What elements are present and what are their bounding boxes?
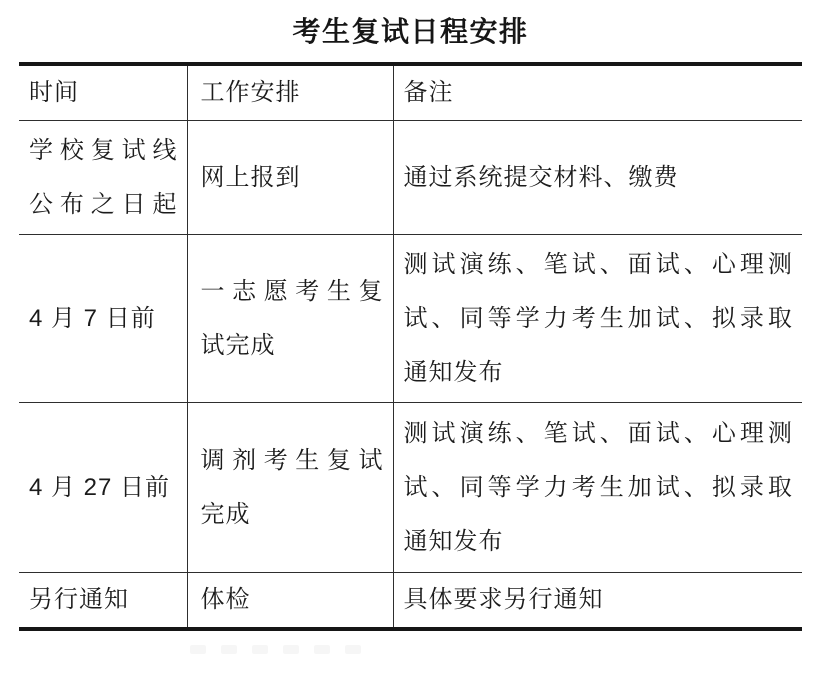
cell-text-line: 调剂考生复试 bbox=[201, 434, 383, 488]
cell-note: 具体要求另行通知 bbox=[393, 573, 802, 630]
cell-text-line: 测试演练、笔试、面试、心理测 bbox=[404, 407, 793, 461]
table-row: 4 月 7 日前 一志愿考生复 试完成 测试演练、笔试、面试、心理测 试、同等学… bbox=[19, 235, 802, 403]
cell-text-line: 另行通知 bbox=[29, 573, 177, 627]
cell-text-line: 公布之日起 bbox=[29, 178, 177, 232]
cell-text-line: 测试演练、笔试、面试、心理测 bbox=[404, 238, 793, 292]
header-cell-time: 时间 bbox=[19, 64, 187, 121]
cell-note: 测试演练、笔试、面试、心理测 试、同等学力考生加试、拟录取 通知发布 bbox=[393, 235, 802, 403]
table-header-row: 时间 工作安排 备注 bbox=[19, 64, 802, 121]
cell-text-line: 试、同等学力考生加试、拟录取 bbox=[404, 292, 793, 346]
cell-work: 网上报到 bbox=[187, 121, 393, 235]
cell-text-line: 通过系统提交材料、缴费 bbox=[404, 151, 793, 205]
cell-work: 调剂考生复试 完成 bbox=[187, 403, 393, 573]
cell-text-line: 具体要求另行通知 bbox=[404, 573, 793, 627]
cell-work: 一志愿考生复 试完成 bbox=[187, 235, 393, 403]
cell-text-line: 完成 bbox=[201, 488, 383, 542]
header-label-time: 时间 bbox=[29, 66, 177, 120]
cell-text-line: 通知发布 bbox=[404, 515, 793, 569]
watermark-remnant-dot bbox=[314, 645, 330, 654]
watermark-remnant-dot bbox=[190, 645, 206, 654]
watermark-remnant-dot bbox=[283, 645, 299, 654]
cell-text-line: 一志愿考生复 bbox=[201, 265, 383, 319]
page-title: 考生复试日程安排 bbox=[19, 13, 802, 51]
cell-text-line: 试完成 bbox=[201, 319, 383, 373]
cell-text-line: 学校复试线 bbox=[29, 124, 177, 178]
cell-time: 4 月 27 日前 bbox=[19, 403, 187, 573]
cell-work: 体检 bbox=[187, 573, 393, 630]
cell-text-line: 网上报到 bbox=[201, 151, 383, 205]
watermark-remnant-dot bbox=[345, 645, 361, 654]
watermark-remnant-dot bbox=[221, 645, 237, 654]
header-label-work: 工作安排 bbox=[201, 66, 383, 120]
cell-note: 通过系统提交材料、缴费 bbox=[393, 121, 802, 235]
cell-text-line: 4 月 27 日前 bbox=[29, 461, 177, 515]
table-row: 学校复试线 公布之日起 网上报到 通过系统提交材料、缴费 bbox=[19, 121, 802, 235]
cell-time: 另行通知 bbox=[19, 573, 187, 630]
cell-text-line: 试、同等学力考生加试、拟录取 bbox=[404, 461, 793, 515]
document-page: 考生复试日程安排 时间 工作安排 备注 学校复试线 公布之日起 bbox=[0, 0, 821, 675]
cell-text-line: 体检 bbox=[201, 573, 383, 627]
cell-time: 4 月 7 日前 bbox=[19, 235, 187, 403]
watermark-remnant-dot bbox=[252, 645, 268, 654]
header-cell-note: 备注 bbox=[393, 64, 802, 121]
cell-note: 测试演练、笔试、面试、心理测 试、同等学力考生加试、拟录取 通知发布 bbox=[393, 403, 802, 573]
cell-time: 学校复试线 公布之日起 bbox=[19, 121, 187, 235]
header-cell-work: 工作安排 bbox=[187, 64, 393, 121]
cell-text-line: 通知发布 bbox=[404, 346, 793, 400]
table-row: 另行通知 体检 具体要求另行通知 bbox=[19, 573, 802, 630]
header-label-note: 备注 bbox=[404, 66, 793, 120]
cell-text-line: 4 月 7 日前 bbox=[29, 292, 177, 346]
schedule-table: 时间 工作安排 备注 学校复试线 公布之日起 网上报到 通过系统提交材 bbox=[19, 62, 802, 631]
table-row: 4 月 27 日前 调剂考生复试 完成 测试演练、笔试、面试、心理测 试、同等学… bbox=[19, 403, 802, 573]
watermark-remnant bbox=[190, 645, 361, 654]
